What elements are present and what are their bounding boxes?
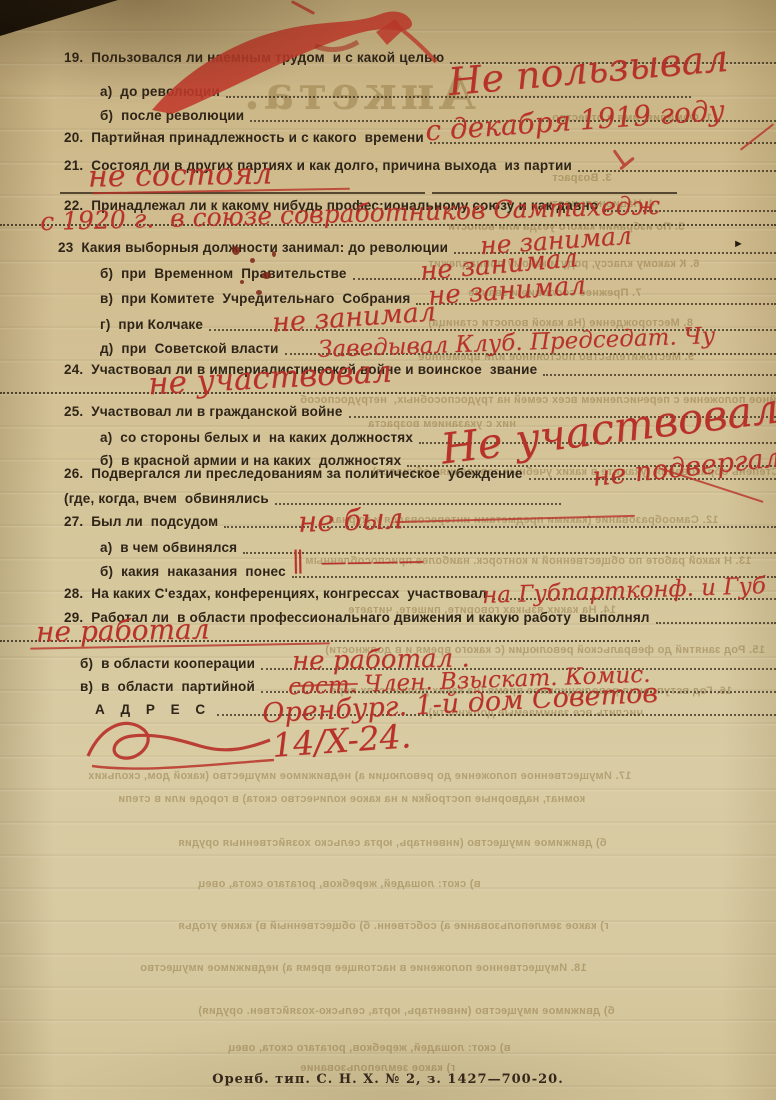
question-label: д) при Советской власти [100,341,285,357]
ink-splatter [262,272,271,279]
ruled-line [0,392,776,394]
form-line-27a: а) в чем обвинялся [100,540,776,556]
question-label: (где, когда, вчем обвинялись [64,491,275,507]
signature-flourish [82,710,282,772]
ruled-line [543,372,776,376]
question-label: а) со стороны белых и на каких должностя… [100,430,419,446]
ink-splatter [272,251,276,257]
question-label: 23 Какия выборныя должности занимал: до … [58,240,454,256]
handwritten-answer-29: не работал [36,612,210,648]
question-label: 20. Партийная принадлежность и с какого … [64,130,430,146]
question-label: б) при Временном Правительстве [100,266,353,282]
bleedthrough-line: в) скот: лошадей, жеребков, рогатаго ско… [198,878,481,890]
bleedthrough-line: в) скот: лошадей, жеребков, рогатаго ско… [228,1042,511,1054]
question-label: 27. Был ли подсудом [64,514,224,530]
question-label: б) в области кооперации [80,656,261,672]
bleedthrough-line: б) движимое имущество (инвентарь, юрта, … [198,1005,615,1017]
ink-splatter [256,290,262,295]
ruled-line [656,620,776,624]
arrowhead-mark: ► [733,238,744,250]
handwritten-answer-27b: ∥ ———— [292,546,425,578]
questionnaire-page: Анкета. 1. Фамилия, имя и отчество 3. Во… [0,0,776,1100]
ruled-line [578,168,776,172]
question-label: 28. На каких С'ездах, конференциях, конг… [64,586,493,602]
bleedthrough-line: б) движимое имущество (инвентарь, юрта с… [178,837,607,849]
question-label: в) в области партийной [80,679,261,695]
photo-corner-shadow [0,0,120,38]
handwritten-date: 14/X-24. [271,716,412,765]
question-label: а) в чем обвинялся [100,540,243,556]
printer-imprint: Оренб. тип. С. Н. Х. № 2, з. 1427—700-20… [0,1072,776,1087]
form-line-23: 23 Какия выборныя должности занимал: до … [58,240,776,256]
ink-splatter [250,258,255,263]
handwritten-answer-27: не был [297,501,403,539]
bleedthrough-line: комнат, надворные постройки и на какое к… [118,793,585,805]
question-label: б) какия наказания понес [100,564,292,580]
red-ink-smear [140,0,450,120]
bleedthrough-line: г) какое землепользование а) собственн. … [178,920,609,932]
ink-splatter [232,246,240,255]
ink-splatter [240,280,244,284]
question-label: 25. Участвовал ли в гражданской войне [64,404,349,420]
form-line-20: 20. Партийная принадлежность и с какого … [64,130,776,146]
bleedthrough-line: 18. Имущественное положение в настоящее … [140,962,587,974]
question-label: г) при Колчаке [100,317,209,333]
